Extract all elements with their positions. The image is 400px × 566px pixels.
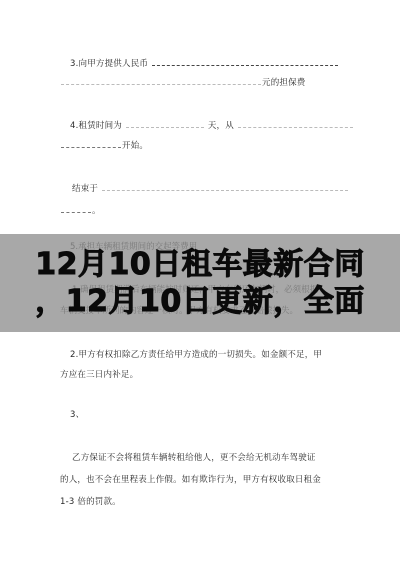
clause-4-line-1: 4.租赁时间为 天，从 xyxy=(70,119,354,132)
clause-4-line-4: 。 xyxy=(60,204,101,217)
start-date-blank[interactable] xyxy=(238,119,353,128)
item-2-line-2: 方应在三日内补足。 xyxy=(60,369,138,381)
clause-4-unit: 天，从 xyxy=(208,121,234,131)
clause-3-line-1: 3.向甲方提供人民币 xyxy=(70,57,339,70)
start-date-blank-continued[interactable] xyxy=(61,139,121,148)
clause-4-start-suffix: 开始。 xyxy=(122,141,148,151)
clause-4-line-3: 结束于 xyxy=(72,182,349,195)
amount-blank-continued[interactable] xyxy=(61,76,261,85)
clause-3-line-2: 元的担保费 xyxy=(60,76,306,89)
item-3-label: 3、 xyxy=(70,409,84,421)
clause-4-end-suffix: 。 xyxy=(92,206,101,216)
headline-line-1: 12月10日租车最新合同 xyxy=(0,248,400,282)
clause-3-suffix: 元的担保费 xyxy=(262,78,306,88)
clause-4-line-2: 开始。 xyxy=(60,139,148,152)
guarantee-line-2: 的人，也不会在里程表上作假。如有欺诈行为，甲方有权收取日租金 xyxy=(60,474,321,486)
days-blank[interactable] xyxy=(126,119,204,128)
clause-4-end-label: 结束于 xyxy=(72,184,98,194)
amount-blank[interactable] xyxy=(152,57,338,66)
clause-3-label: 3.向甲方提供人民币 xyxy=(70,59,148,69)
guarantee-line-3: 1-3 倍的罚款。 xyxy=(60,496,121,508)
item-2-line-1: 2.甲方有权扣除乙方责任给甲方造成的一切损失。如金额不足，甲 xyxy=(70,349,322,361)
clause-4-label: 4.租赁时间为 xyxy=(70,121,122,131)
headline-line-2: ，12月10日更新，全面 xyxy=(0,285,400,319)
guarantee-line-1: 乙方保证不会将租赁车辆转租给他人，更不会给无机动车驾驶证 xyxy=(72,452,316,464)
end-date-blank-continued[interactable] xyxy=(61,204,91,213)
end-date-blank[interactable] xyxy=(102,182,348,191)
title-overlay-band: 5.承担车辆租赁期间的交起等费用 1.确保租赁期满后车辆能按时归还，甲方在归还车… xyxy=(0,234,400,332)
